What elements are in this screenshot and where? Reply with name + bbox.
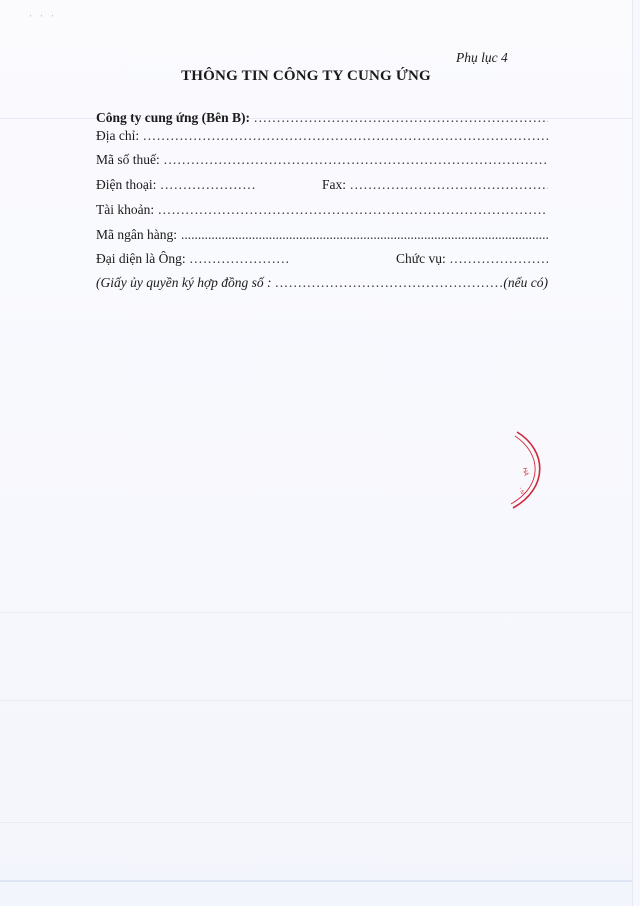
svg-text:HÀ: HÀ [521,467,529,476]
position-blank[interactable] [450,251,548,267]
tax-code-blank[interactable] [164,152,548,168]
account-label: Tài khoản: [96,202,154,218]
bank-code-blank[interactable] [181,227,548,243]
tax-code-label: Mã số thuế: [96,152,160,168]
scan-line [0,822,632,823]
fax-label: Fax: [322,177,346,193]
scan-line [0,612,632,613]
address-label: Địa chỉ: [96,128,139,144]
address-blank[interactable] [143,128,548,144]
appendix-label: Phụ lục 4 [456,50,508,66]
address-field[interactable]: Địa chỉ: [96,128,548,144]
bank-code-field[interactable]: Mã ngân hàng: [96,227,548,243]
authorization-label: (Giấy ủy quyền ký hợp đồng số : [96,275,272,291]
document-page: ' ' ' Phụ lục 4 THÔNG TIN CÔNG TY CUNG Ứ… [0,0,633,906]
fax-blank[interactable] [350,177,548,193]
scan-artifact: ' ' ' [30,14,57,22]
representative-position-row: Đại diện là Ông: Chức vụ: [96,251,548,267]
phone-blank[interactable] [160,177,256,193]
account-field[interactable]: Tài khoản: [96,202,548,218]
representative-blank[interactable] [190,251,290,267]
document-title: THÔNG TIN CÔNG TY CUNG ỨNG [0,68,612,85]
scan-line [0,880,632,882]
representative-field[interactable]: Đại diện là Ông: [96,251,396,267]
phone-field[interactable]: Điện thoại: [96,177,322,193]
position-field[interactable]: Chức vụ: [396,251,548,267]
bank-code-label: Mã ngân hàng: [96,227,177,243]
authorization-suffix: (nếu có) [503,275,548,291]
representative-label: Đại diện là Ông: [96,251,186,267]
supplier-field[interactable]: Công ty cung ứng (Bên B): [96,110,548,126]
phone-fax-row: Điện thoại: Fax: [96,177,548,193]
red-stamp-icon: HÀ - N [505,430,555,510]
phone-label: Điện thoại: [96,177,156,193]
authorization-field[interactable]: (Giấy ủy quyền ký hợp đồng số : (nếu có) [96,275,548,291]
account-blank[interactable] [158,202,548,218]
tax-code-field[interactable]: Mã số thuế: [96,152,548,168]
position-label: Chức vụ: [396,251,446,267]
authorization-blank[interactable] [276,275,504,291]
fax-field[interactable]: Fax: [322,177,548,193]
scan-line [0,700,632,701]
supplier-blank[interactable] [254,110,548,126]
supplier-label: Công ty cung ứng (Bên B): [96,110,250,126]
